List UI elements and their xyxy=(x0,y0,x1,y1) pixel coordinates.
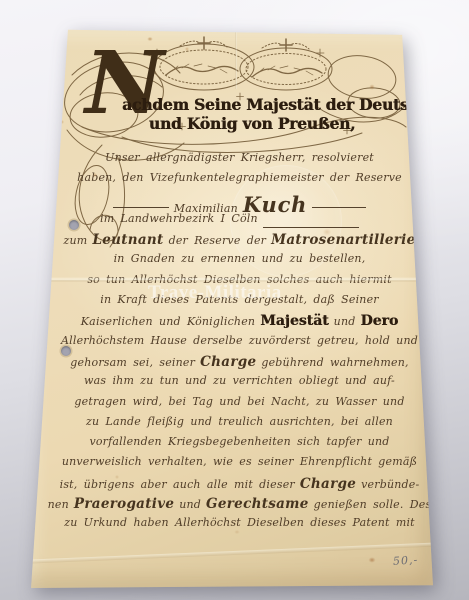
body-line: ist, übrigens aber auch alle mit dieserC… xyxy=(72,476,407,496)
body-line: zumLeutnantder Reserve derMatrosenartill… xyxy=(72,232,407,252)
text-segment: Matrosenartillerie xyxy=(271,232,415,248)
text-segment: und xyxy=(334,315,356,328)
text-segment: zu Urkund haben Allerhöchst Dieselben di… xyxy=(64,516,415,529)
text-segment: Unser allergnädigster Kriegsherr, resolv… xyxy=(105,151,374,164)
document-body: Unser allergnädigster Kriegsherr, resolv… xyxy=(72,151,407,537)
text-segment: nen xyxy=(48,498,69,511)
text-segment: der Reserve der xyxy=(169,234,267,247)
body-line: vorfallenden Kriegsbegebenheiten sich ta… xyxy=(72,435,407,455)
text-segment: genießen solle. Des xyxy=(314,498,432,511)
body-line: Unser allergnädigster Kriegsherr, resolv… xyxy=(72,151,407,171)
punch-hole-top xyxy=(69,220,79,230)
text-segment: Dero xyxy=(360,313,398,329)
text-segment: getragen wird, bei Tag und bei Nacht, zu… xyxy=(74,395,404,408)
body-line: im Landwehrbezirk I Cöln xyxy=(72,212,407,232)
blank-rule xyxy=(263,217,359,228)
header-line-2: und König von Preußen, xyxy=(112,114,392,133)
body-line: Allerhöchstem Hause derselbe zuvörderst … xyxy=(72,334,407,354)
body-line: in Gnaden zu ernennen und zu bestellen, xyxy=(72,252,407,272)
text-segment: Allerhöchstem Hause derselbe zuvörderst … xyxy=(61,334,418,347)
body-line: nenPraerogativeundGerechtsamegenießen so… xyxy=(72,496,407,516)
top-center-crease xyxy=(235,27,237,89)
text-segment: Kaiserlichen und Königlichen xyxy=(81,315,255,328)
seller-watermark: Trave-Militaria xyxy=(148,282,282,304)
header-line-1: achdem Seine Majestät der Deutsche Kaise… xyxy=(122,95,422,114)
blank-rule xyxy=(113,197,169,208)
pencil-price-note: 50,- xyxy=(393,553,419,568)
text-segment: unverweislich verhalten, wie es seiner E… xyxy=(62,455,417,468)
body-line: was ihm zu tun und zu verrichten obliegt… xyxy=(72,374,407,394)
text-segment: Charge xyxy=(300,476,356,492)
text-segment: Charge xyxy=(200,354,256,370)
text-segment: gebührend wahrnehmen, xyxy=(261,356,408,369)
body-line: zu Urkund haben Allerhöchst Dieselben di… xyxy=(72,516,407,536)
text-segment: was ihm zu tun und zu verrichten obliegt… xyxy=(84,374,395,387)
text-segment: vorfallenden Kriegsbegebenheiten sich ta… xyxy=(89,435,389,448)
punch-hole-bottom xyxy=(61,346,71,356)
photo-backdrop: N achdem Seine Majestät der Deutsche Kai… xyxy=(0,0,469,600)
body-line: gehorsam sei, seinerChargegebührend wahr… xyxy=(72,354,407,374)
text-segment: Leutnant xyxy=(92,232,163,248)
text-segment: Gerechtsame xyxy=(206,496,309,512)
body-line: getragen wird, bei Tag und bei Nacht, zu… xyxy=(72,395,407,415)
text-segment: haben, den Vizefunkentelegraphiemeister … xyxy=(77,171,402,184)
text-segment: im Landwehrbezirk I Cöln xyxy=(100,212,258,225)
body-line: MaximilianKuch xyxy=(72,192,407,212)
body-line: zu Lande fleißig und treulich ausrichten… xyxy=(72,415,407,435)
body-line: unverweislich verhalten, wie es seiner E… xyxy=(72,455,407,475)
text-segment: und xyxy=(179,498,201,511)
body-line: Kaiserlichen und KöniglichenMajestätundD… xyxy=(72,313,407,333)
bottom-fold-crease xyxy=(19,542,449,564)
blank-rule xyxy=(312,197,366,208)
text-segment: Majestät xyxy=(260,313,328,329)
text-segment: zum xyxy=(64,234,88,247)
text-segment: ist, übrigens aber auch alle mit dieser xyxy=(60,478,295,491)
text-segment: verbünde- xyxy=(361,478,419,491)
document-paper: N achdem Seine Majestät der Deutsche Kai… xyxy=(27,27,433,588)
text-segment: in Gnaden zu ernennen und zu bestellen, xyxy=(114,252,366,265)
text-segment: Praerogative xyxy=(74,496,174,512)
body-line: haben, den Vizefunkentelegraphiemeister … xyxy=(72,171,407,191)
text-segment: gehorsam sei, seiner xyxy=(70,356,195,369)
text-segment: zu Lande fleißig und treulich ausrichten… xyxy=(86,415,393,428)
